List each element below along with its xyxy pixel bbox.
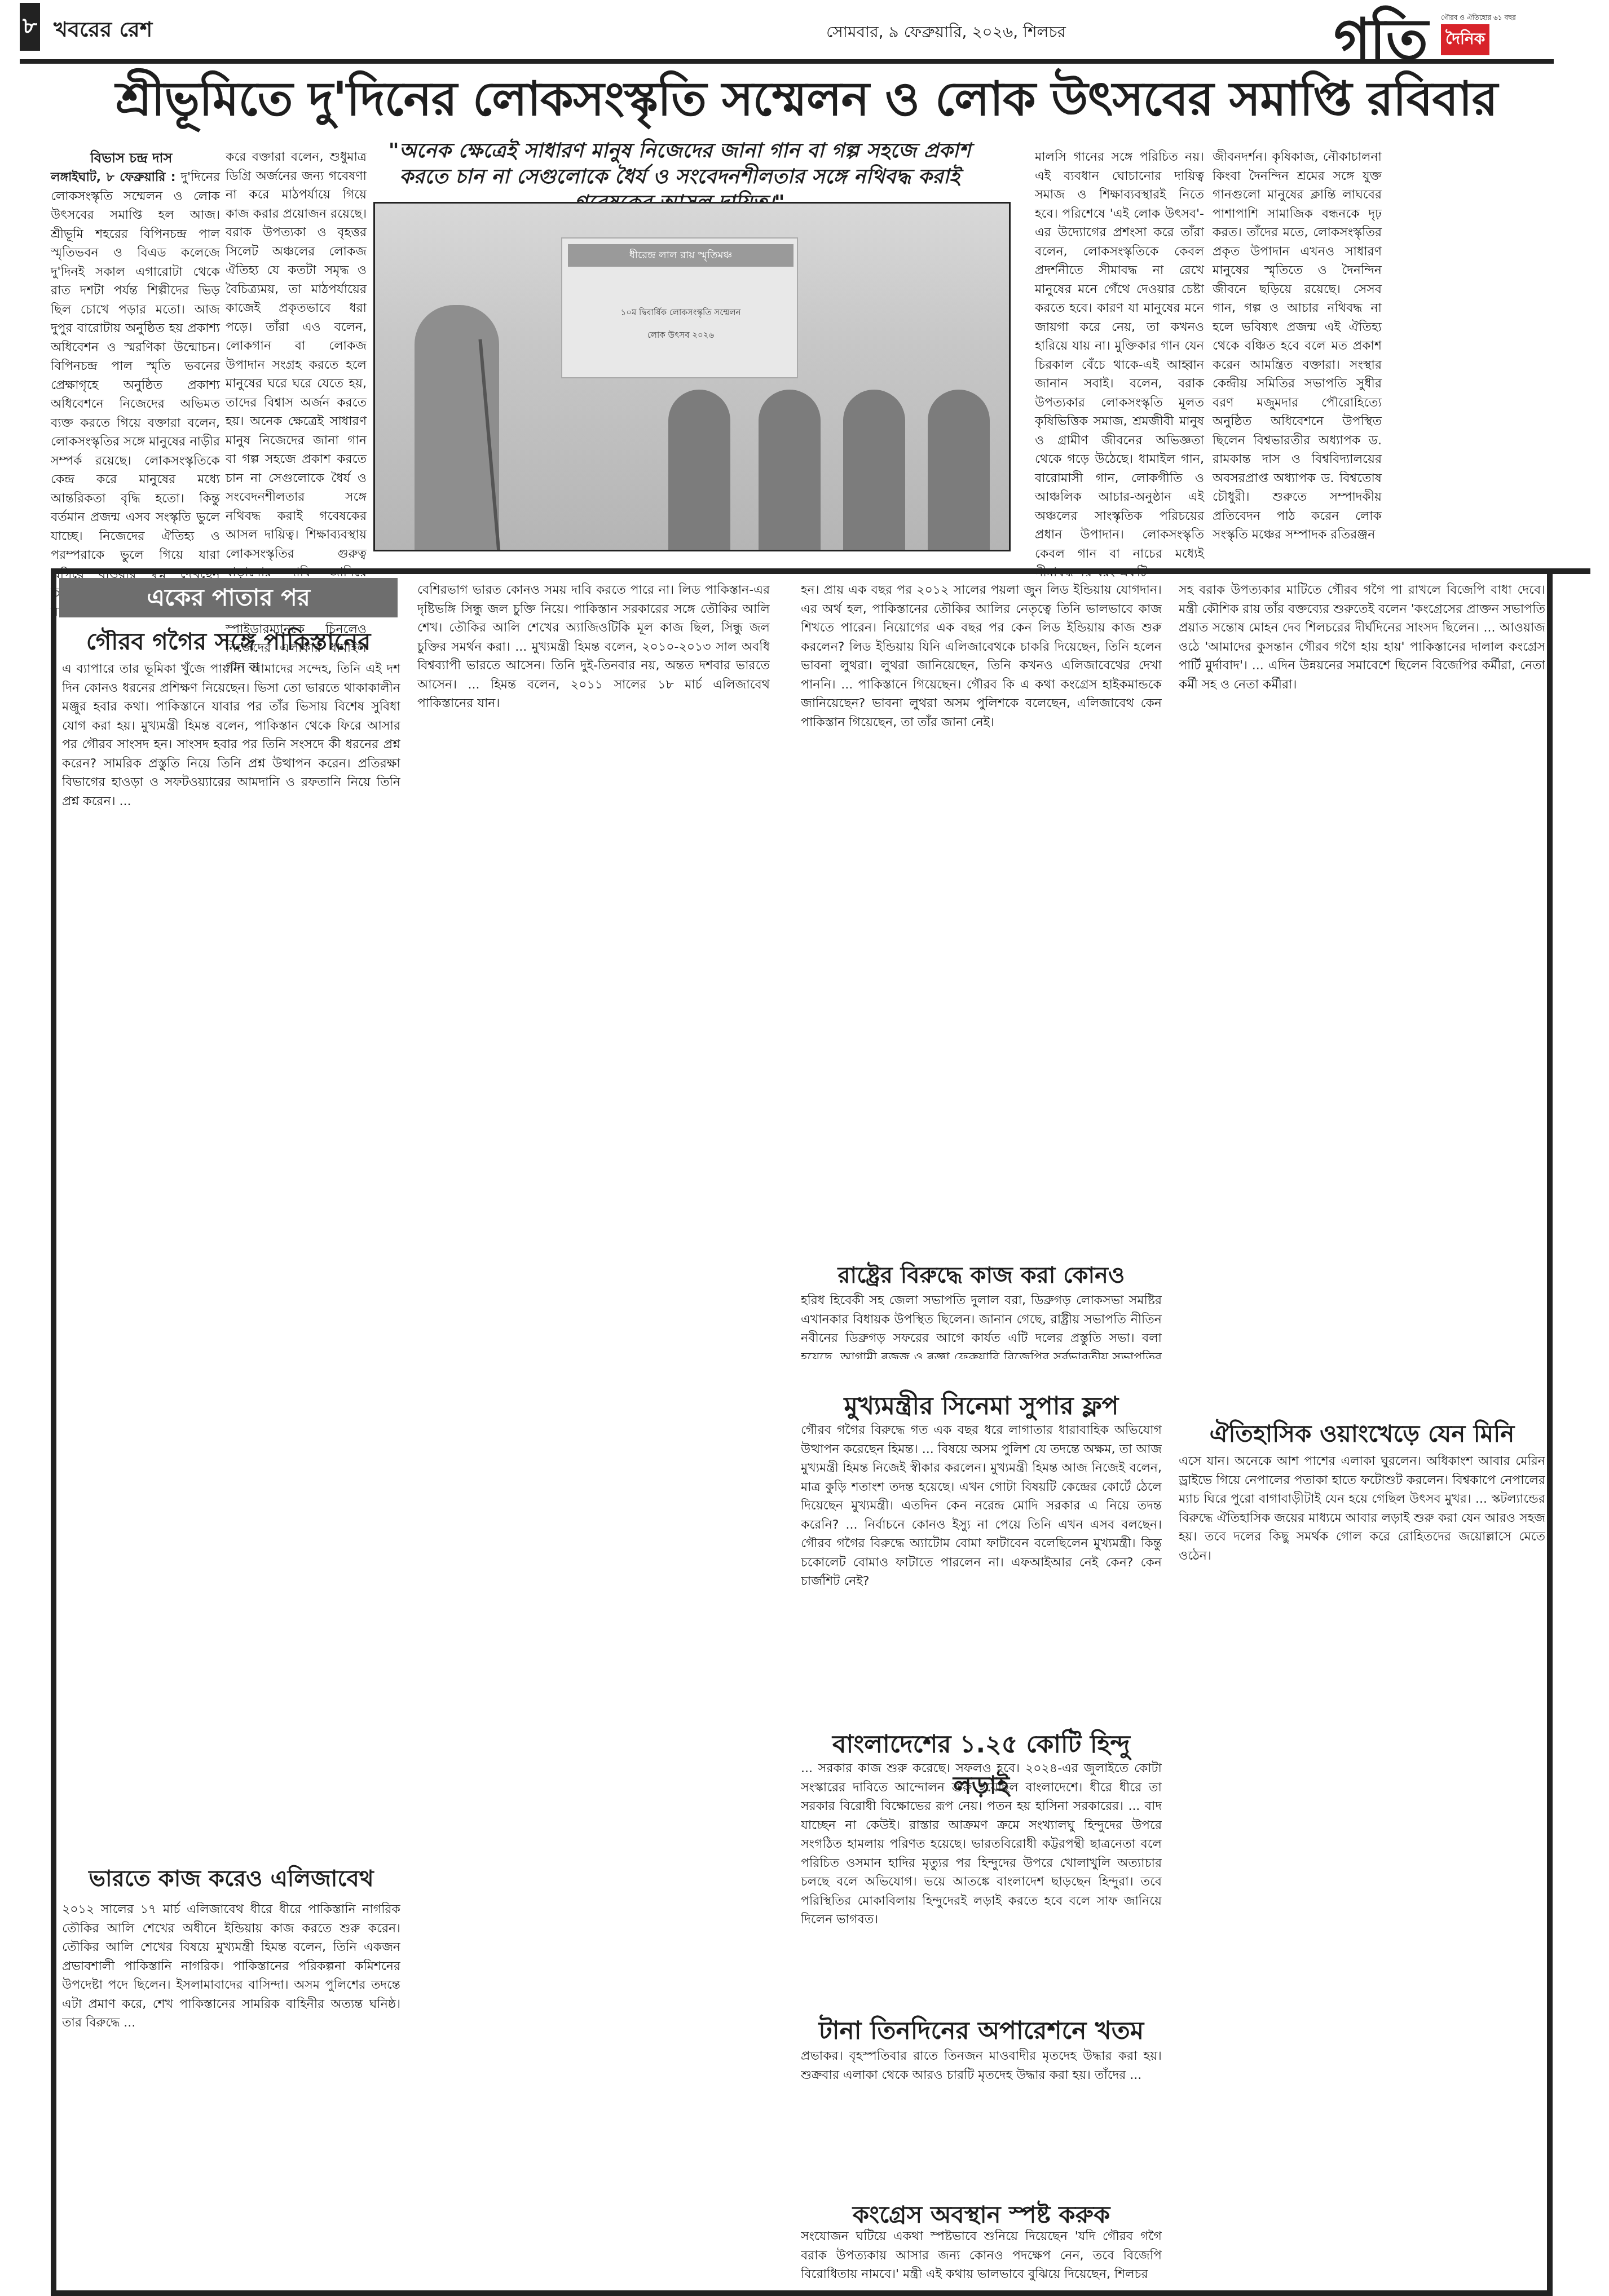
photo-guest-figure: [843, 390, 905, 551]
photo-stage-banner: ধীরেন্দ্র লাল রায় স্মৃতিমঞ্চ ১০ম দ্বিবা…: [561, 237, 798, 378]
lead-column-4: জীবনদর্শন। কৃষিকাজ, নৌকাচালনা কিংবা দৈনন…: [1213, 148, 1382, 545]
continued-column-2: বেশিরভাগ ভারত কোনও সময় দাবি করতে পারে ন…: [417, 581, 770, 2289]
right-box-border: [1547, 568, 1553, 2296]
lead-headline: শ্রীভূমিতে দু'দিনের লোকসংস্কৃতি সম্মেলন …: [34, 68, 1579, 130]
mid-headline-1: রাষ্ট্রের বিরুদ্ধে কাজ করা কোনও: [801, 1257, 1162, 1295]
continued-column-1: এ ব্যাপারে তার ভূমিকা খুঁজে পায়নি। আমাদ…: [62, 660, 400, 1861]
mid-story-2: গৌরব গগৈর বিরুদ্ধে গত এক বছর ধরে লাগাতার…: [801, 1421, 1162, 1714]
issue-date: সোমবার, ৯ ফেব্রুয়ারি, ২০২৬, শিলচর: [826, 20, 1066, 46]
photo-banner-line-1: ১০ম দ্বিবার্ষিক লোকসংস্কৃতি সম্মেলন: [574, 306, 788, 320]
continued-column-3: হন। প্রায় এক বছর পর ২০১২ সালের পয়লা জু…: [801, 581, 1162, 1173]
mid-story-3-text: ... সরকার কাজ শুরু করেছে। সফলও হবে। ২০২৪…: [801, 1761, 1162, 1927]
mid-story-3: ... সরকার কাজ শুরু করেছে। সফলও হবে। ২০২৪…: [801, 1759, 1162, 2007]
logo-tagline: গৌরব ও ঐতিহ্যের ৬১ বছর: [1441, 13, 1516, 24]
wankhede-story-text: এসে যান। অনেকে আশ পাশের এলাকা ঘুরলেন। অধ…: [1179, 1454, 1545, 1563]
lead-column-3: মালসি গানের সঙ্গে পরিচিত নয়। এই ব্যবধান…: [1035, 148, 1204, 582]
mid-story-2-text: গৌরব গগৈর বিরুদ্ধে গত এক বছর ধরে লাগাতার…: [801, 1423, 1162, 1588]
section-title: খবরের রেশ: [54, 13, 152, 49]
mid-story-4: প্রভাকর। বৃহস্পতিবার রাতে তিনজন মাওবাদীর…: [801, 2047, 1162, 2188]
masthead-rule: [20, 59, 1554, 64]
continued-label: একের পাতার পর: [59, 578, 398, 617]
continued-subhead-elizabeth: ভারতে কাজ করেও এলিজাবেথ: [62, 1861, 400, 1898]
bottom-border: [51, 2290, 1553, 2296]
continued-column-1b-text: ২০১২ সালের ১৭ মার্চ এলিজাবেথ ধীরে ধীরে প…: [62, 1902, 400, 2030]
lead-column-4-text: জীবনদর্শন। কৃষিকাজ, নৌকাচালনা কিংবা দৈনন…: [1213, 150, 1382, 542]
mid-story-5: সংযোজন ঘটিয়ে একথা স্পষ্টভাবে শুনিয়ে দি…: [801, 2227, 1162, 2289]
masthead: ৮ খবরের রেশ সোমবার, ৯ ফেব্রুয়ারি, ২০২৬,…: [20, 3, 1599, 65]
mid-story-5-text: সংযোজন ঘটিয়ে একথা স্পষ্টভাবে শুনিয়ে দি…: [801, 2229, 1162, 2281]
wankhede-headline: ঐতিহাসিক ওয়াংখেড়ে যেন মিনি: [1179, 1415, 1545, 1455]
newspaper-logo: গতি গৌরব ও ঐতিহ্যের ৬১ বছর দৈনিক: [1334, 3, 1599, 65]
page-number: ৮: [20, 3, 40, 51]
lead-column-3-text: মালসি গানের সঙ্গে পরিচিত নয়। এই ব্যবধান…: [1035, 150, 1204, 580]
continued-column-4: সহ বরাক উপত্যকার মাটিতে গৌরব গগৈ পা রাখল…: [1179, 581, 1545, 1415]
continued-headline: গৌরব গগৈর সঙ্গে পাকিস্তানের: [59, 623, 398, 663]
wankhede-story: এসে যান। অনেকে আশ পাশের এলাকা ঘুরলেন। অধ…: [1179, 1452, 1545, 2286]
mid-story-1: হরিধ হিবেকী সহ জেলা সভাপতি দুলাল বরা, ডি…: [801, 1291, 1162, 1359]
mid-story-4-text: প্রভাকর। বৃহস্পতিবার রাতে তিনজন মাওবাদীর…: [801, 2049, 1162, 2082]
continued-column-3-text: হন। প্রায় এক বছর পর ২০১২ সালের পয়লা জু…: [801, 583, 1162, 730]
logo-badge: দৈনিক: [1441, 24, 1489, 55]
mid-story-1-text: হরিধ হিবেকী সহ জেলা সভাপতি দুলাল বরা, ডি…: [801, 1293, 1162, 1359]
lead-column-1: লঙ্গাইঘাট, ৮ ফেব্রুয়ারি : দু'দিনের লোকস…: [51, 168, 220, 621]
continued-column-4-text: সহ বরাক উপত্যকার মাটিতে গৌরব গগৈ পা রাখল…: [1179, 583, 1545, 692]
byline: বিভাস চন্দ্র দাস: [90, 148, 172, 170]
photo-guest-figure: [759, 390, 821, 551]
photo-banner-title: ধীরেন্দ্র লাল রায় স্মৃতিমঞ্চ: [568, 244, 794, 267]
continued-column-1b: ২০১২ সালের ১৭ মার্চ এলিজাবেথ ধীরে ধীরে প…: [62, 1900, 400, 2289]
event-photo: ধীরেন্দ্র লাল রায় স্মৃতিমঞ্চ ১০ম দ্বিবা…: [373, 202, 1011, 551]
photo-banner-line-2: লোক উৎসব ২০২৬: [574, 329, 788, 343]
lead-column-1-text: দু'দিনের লোকসংস্কৃতি সম্মেলন ও লোক উৎসবে…: [51, 170, 220, 619]
photo-guest-figure: [668, 390, 730, 551]
story-dateline: লঙ্গাইঘাট, ৮ ফেব্রুয়ারি :: [51, 170, 176, 184]
photo-guest-figure: [928, 390, 990, 551]
continued-column-2-text: বেশিরভাগ ভারত কোনও সময় দাবি করতে পারে ন…: [417, 583, 770, 710]
continued-column-1-text: এ ব্যাপারে তার ভূমিকা খুঁজে পায়নি। আমাদ…: [62, 662, 400, 809]
